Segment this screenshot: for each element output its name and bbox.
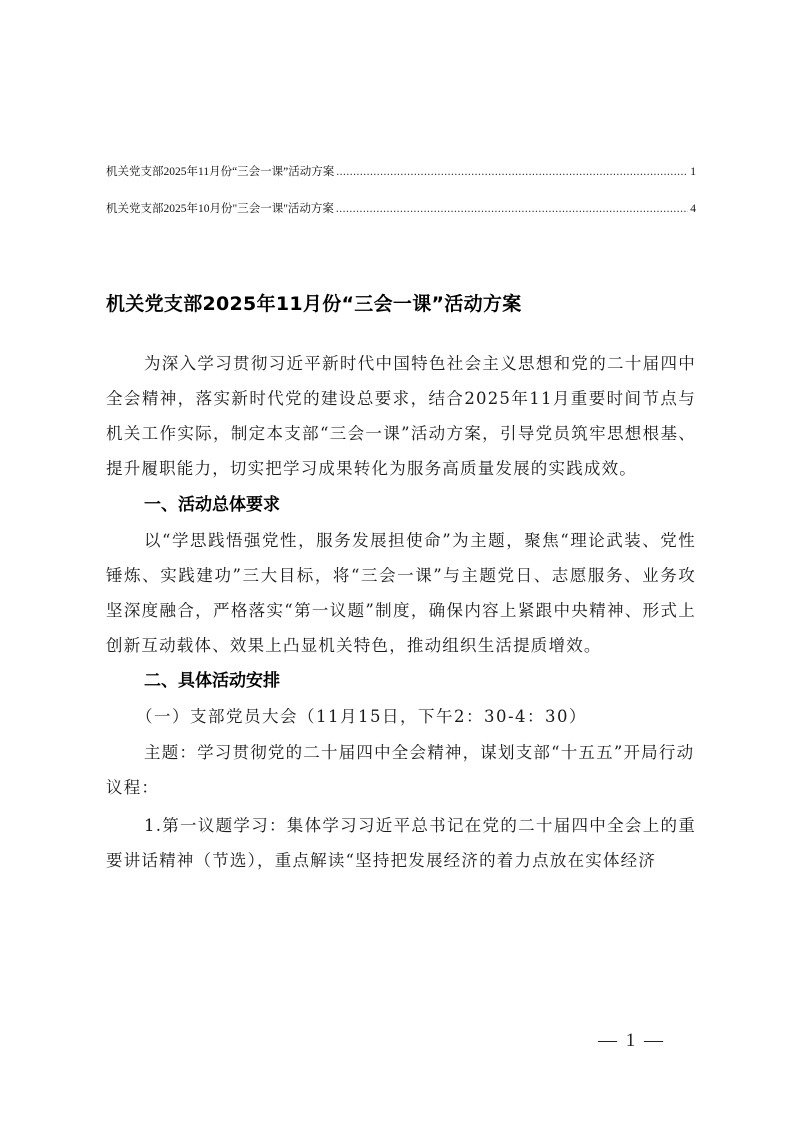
toc-entry[interactable]: 机关党支部2025年11月份“三会一课”活动方案 1 <box>106 163 696 183</box>
document-body: 为深入学习贯彻习近平新时代中国特色社会主义思想和党的二十届四中全会精神，落实新时… <box>106 346 696 878</box>
section-heading: 二、具体活动安排 <box>106 663 696 699</box>
section-paragraph: 以“学思践悟强党性，服务发展担使命”为主题，聚焦“理论武装、党性锤炼、实践建功”… <box>106 523 696 663</box>
agenda-label: 议程： <box>106 770 696 805</box>
toc-entry-title: 机关党支部2025年10月份"三会一课"活动方案 <box>106 200 334 216</box>
theme-paragraph: 主题：学习贯彻党的二十届四中全会精神，谋划支部“十五五”开局行动 <box>106 735 696 770</box>
agenda-item: 1.第一议题学习：集体学习习近平总书记在党的二十届四中全会上的重要讲话精神（节选… <box>106 808 696 878</box>
document-page: 机关党支部2025年11月份“三会一课”活动方案 1 机关党支部2025年10月… <box>0 0 793 1122</box>
table-of-contents: 机关党支部2025年11月份“三会一课”活动方案 1 机关党支部2025年10月… <box>106 163 696 220</box>
intro-paragraph: 为深入学习贯彻习近平新时代中国特色社会主义思想和党的二十届四中全会精神，落实新时… <box>106 346 696 486</box>
subsection-heading: （一）支部党员大会（11月15日，下午2：30-4：30） <box>106 699 696 735</box>
toc-entry[interactable]: 机关党支部2025年10月份"三会一课"活动方案 4 <box>106 200 696 220</box>
toc-entry-page: 1 <box>690 166 696 178</box>
toc-entry-title: 机关党支部2025年11月份“三会一课”活动方案 <box>106 163 334 179</box>
toc-leader-dots <box>336 203 688 215</box>
toc-leader-dots <box>336 166 688 178</box>
page-number: — 1 — <box>598 1030 665 1052</box>
toc-entry-page: 4 <box>690 203 696 215</box>
section-heading: 一、活动总体要求 <box>106 487 696 523</box>
document-title: 机关党支部2025年11月份“三会一课”活动方案 <box>106 289 522 316</box>
